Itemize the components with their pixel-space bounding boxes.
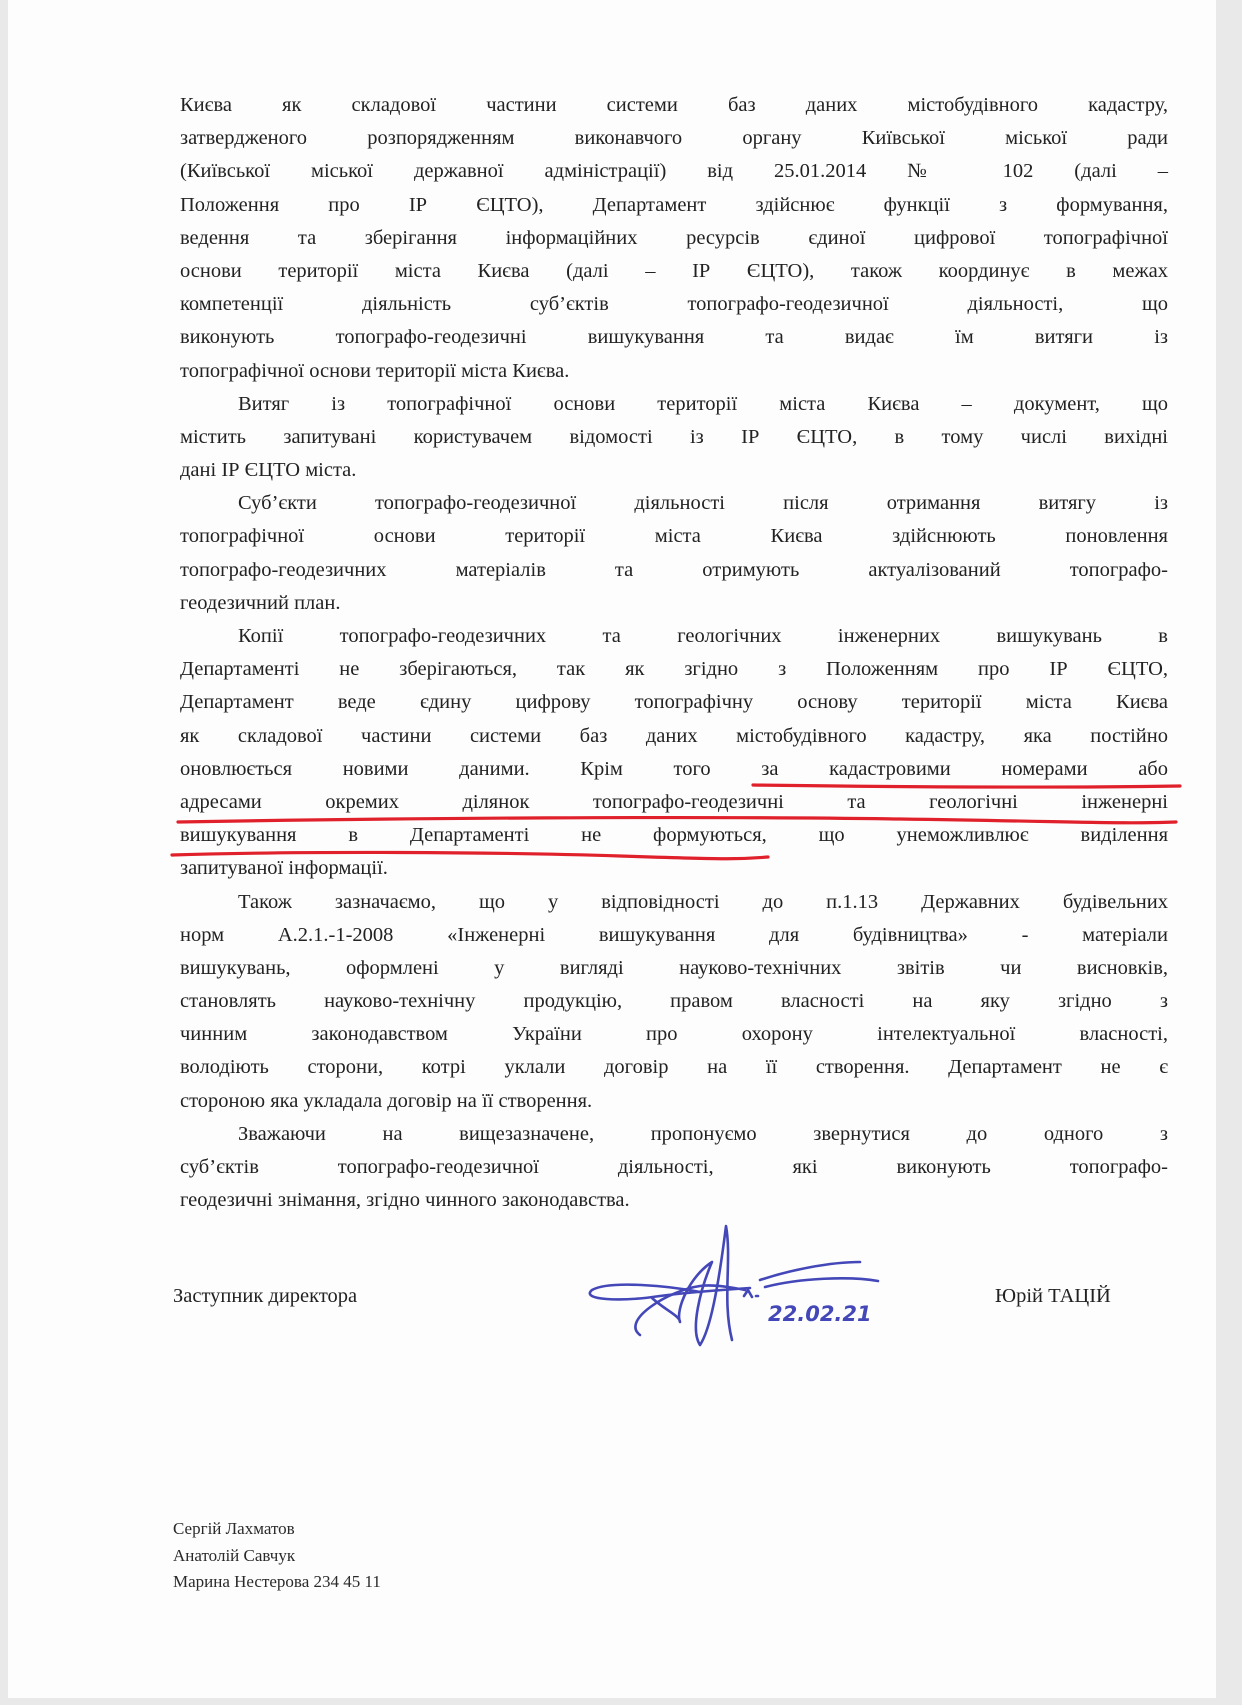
contacts-footer: Сергій Лахматов Анатолій Савчук Марина Н… — [173, 1516, 381, 1596]
text-line: топографо-геодезичних матеріалів та отри… — [180, 554, 1168, 587]
text-line: Департамент веде єдину цифрову топографі… — [180, 686, 1168, 719]
paragraph-3: Суб’єкти топографо-геодезичної діяльност… — [180, 487, 1168, 620]
text-line: чинним законодавством України про охорон… — [180, 1018, 1168, 1051]
handwritten-signature — [590, 1226, 878, 1345]
text-line: містить запитувані користувачем відомост… — [180, 421, 1168, 454]
text-line: Положення про ІР ЄЦТО), Департамент здій… — [180, 189, 1168, 222]
text-line: суб’єктів топографо-геодезичної діяльнос… — [180, 1151, 1168, 1184]
text-line: основи території міста Києва (далі – ІР … — [180, 255, 1168, 288]
text-line: Також зазначаємо, що у відповідності до … — [180, 886, 1168, 919]
signer-position: Заступник директора — [173, 1285, 357, 1308]
text-line: Суб’єкти топографо-геодезичної діяльност… — [180, 487, 1168, 520]
text-line: компетенції діяльність суб’єктів топогра… — [180, 288, 1168, 321]
letter-document: Києва як складової частини системи баз д… — [0, 0, 1242, 1705]
contact-line: Анатолій Савчук — [173, 1543, 381, 1570]
text-line: Зважаючи на вищезазначене, пропонуємо зв… — [180, 1118, 1168, 1151]
text-line: вишукувань, оформлені у вигляді науково-… — [180, 952, 1168, 985]
text-line: володіють сторони, котрі уклали договір … — [180, 1051, 1168, 1084]
text-line: затвердженого розпорядженням виконавчого… — [180, 122, 1168, 155]
text-line: топографічної основи території міста Киє… — [180, 355, 1168, 388]
contact-line: Сергій Лахматов — [173, 1516, 381, 1543]
paragraph-6: Зважаючи на вищезазначене, пропонуємо зв… — [180, 1118, 1168, 1218]
text-line: геодезичний план. — [180, 587, 1168, 620]
text-line: становлять науково-технічну продукцію, п… — [180, 985, 1168, 1018]
text-line-highlighted: оновлюється новими даними. Крім того за … — [180, 753, 1168, 786]
paragraph-2: Витяг із топографічної основи території … — [180, 388, 1168, 488]
text-line-highlighted: адресами окремих ділянок топографо-геоде… — [180, 786, 1168, 819]
letter-body: Києва як складової частини системи баз д… — [180, 89, 1168, 1217]
text-line: дані ІР ЄЦТО міста. — [180, 454, 1168, 487]
handwritten-date: 22.02.21 — [768, 1302, 872, 1326]
contact-line: Марина Нестерова 234 45 11 — [173, 1569, 381, 1596]
text-line: Києва як складової частини системи баз д… — [180, 89, 1168, 122]
text-line: Копії топографо-геодезичних та геологічн… — [180, 620, 1168, 653]
text-line-highlighted: вишукування в Департаменті не формуються… — [180, 819, 1168, 852]
text-line: стороною яка укладала договір на її ство… — [180, 1085, 1168, 1118]
text-line: виконують топографо-геодезичні вишукуван… — [180, 321, 1168, 354]
text-line: топографічної основи території міста Киє… — [180, 520, 1168, 553]
paragraph-1: Києва як складової частини системи баз д… — [180, 89, 1168, 388]
text-line: ведення та зберігання інформаційних ресу… — [180, 222, 1168, 255]
text-line: (Київської міської державної адміністрац… — [180, 155, 1168, 188]
text-line: Департаменті не зберігаються, так як згі… — [180, 653, 1168, 686]
text-line: Витяг із топографічної основи території … — [180, 388, 1168, 421]
signer-name: Юрій ТАЦІЙ — [995, 1285, 1111, 1308]
text-line: норм А.2.1.-1-2008 «Інженерні вишукуванн… — [180, 919, 1168, 952]
text-line: як складової частини системи баз даних м… — [180, 720, 1168, 753]
paragraph-4: Копії топографо-геодезичних та геологічн… — [180, 620, 1168, 886]
paragraph-5: Також зазначаємо, що у відповідності до … — [180, 886, 1168, 1118]
text-line: запитуваної інформації. — [180, 852, 1168, 885]
text-line: геодезичні знімання, згідно чинного зако… — [180, 1184, 1168, 1217]
